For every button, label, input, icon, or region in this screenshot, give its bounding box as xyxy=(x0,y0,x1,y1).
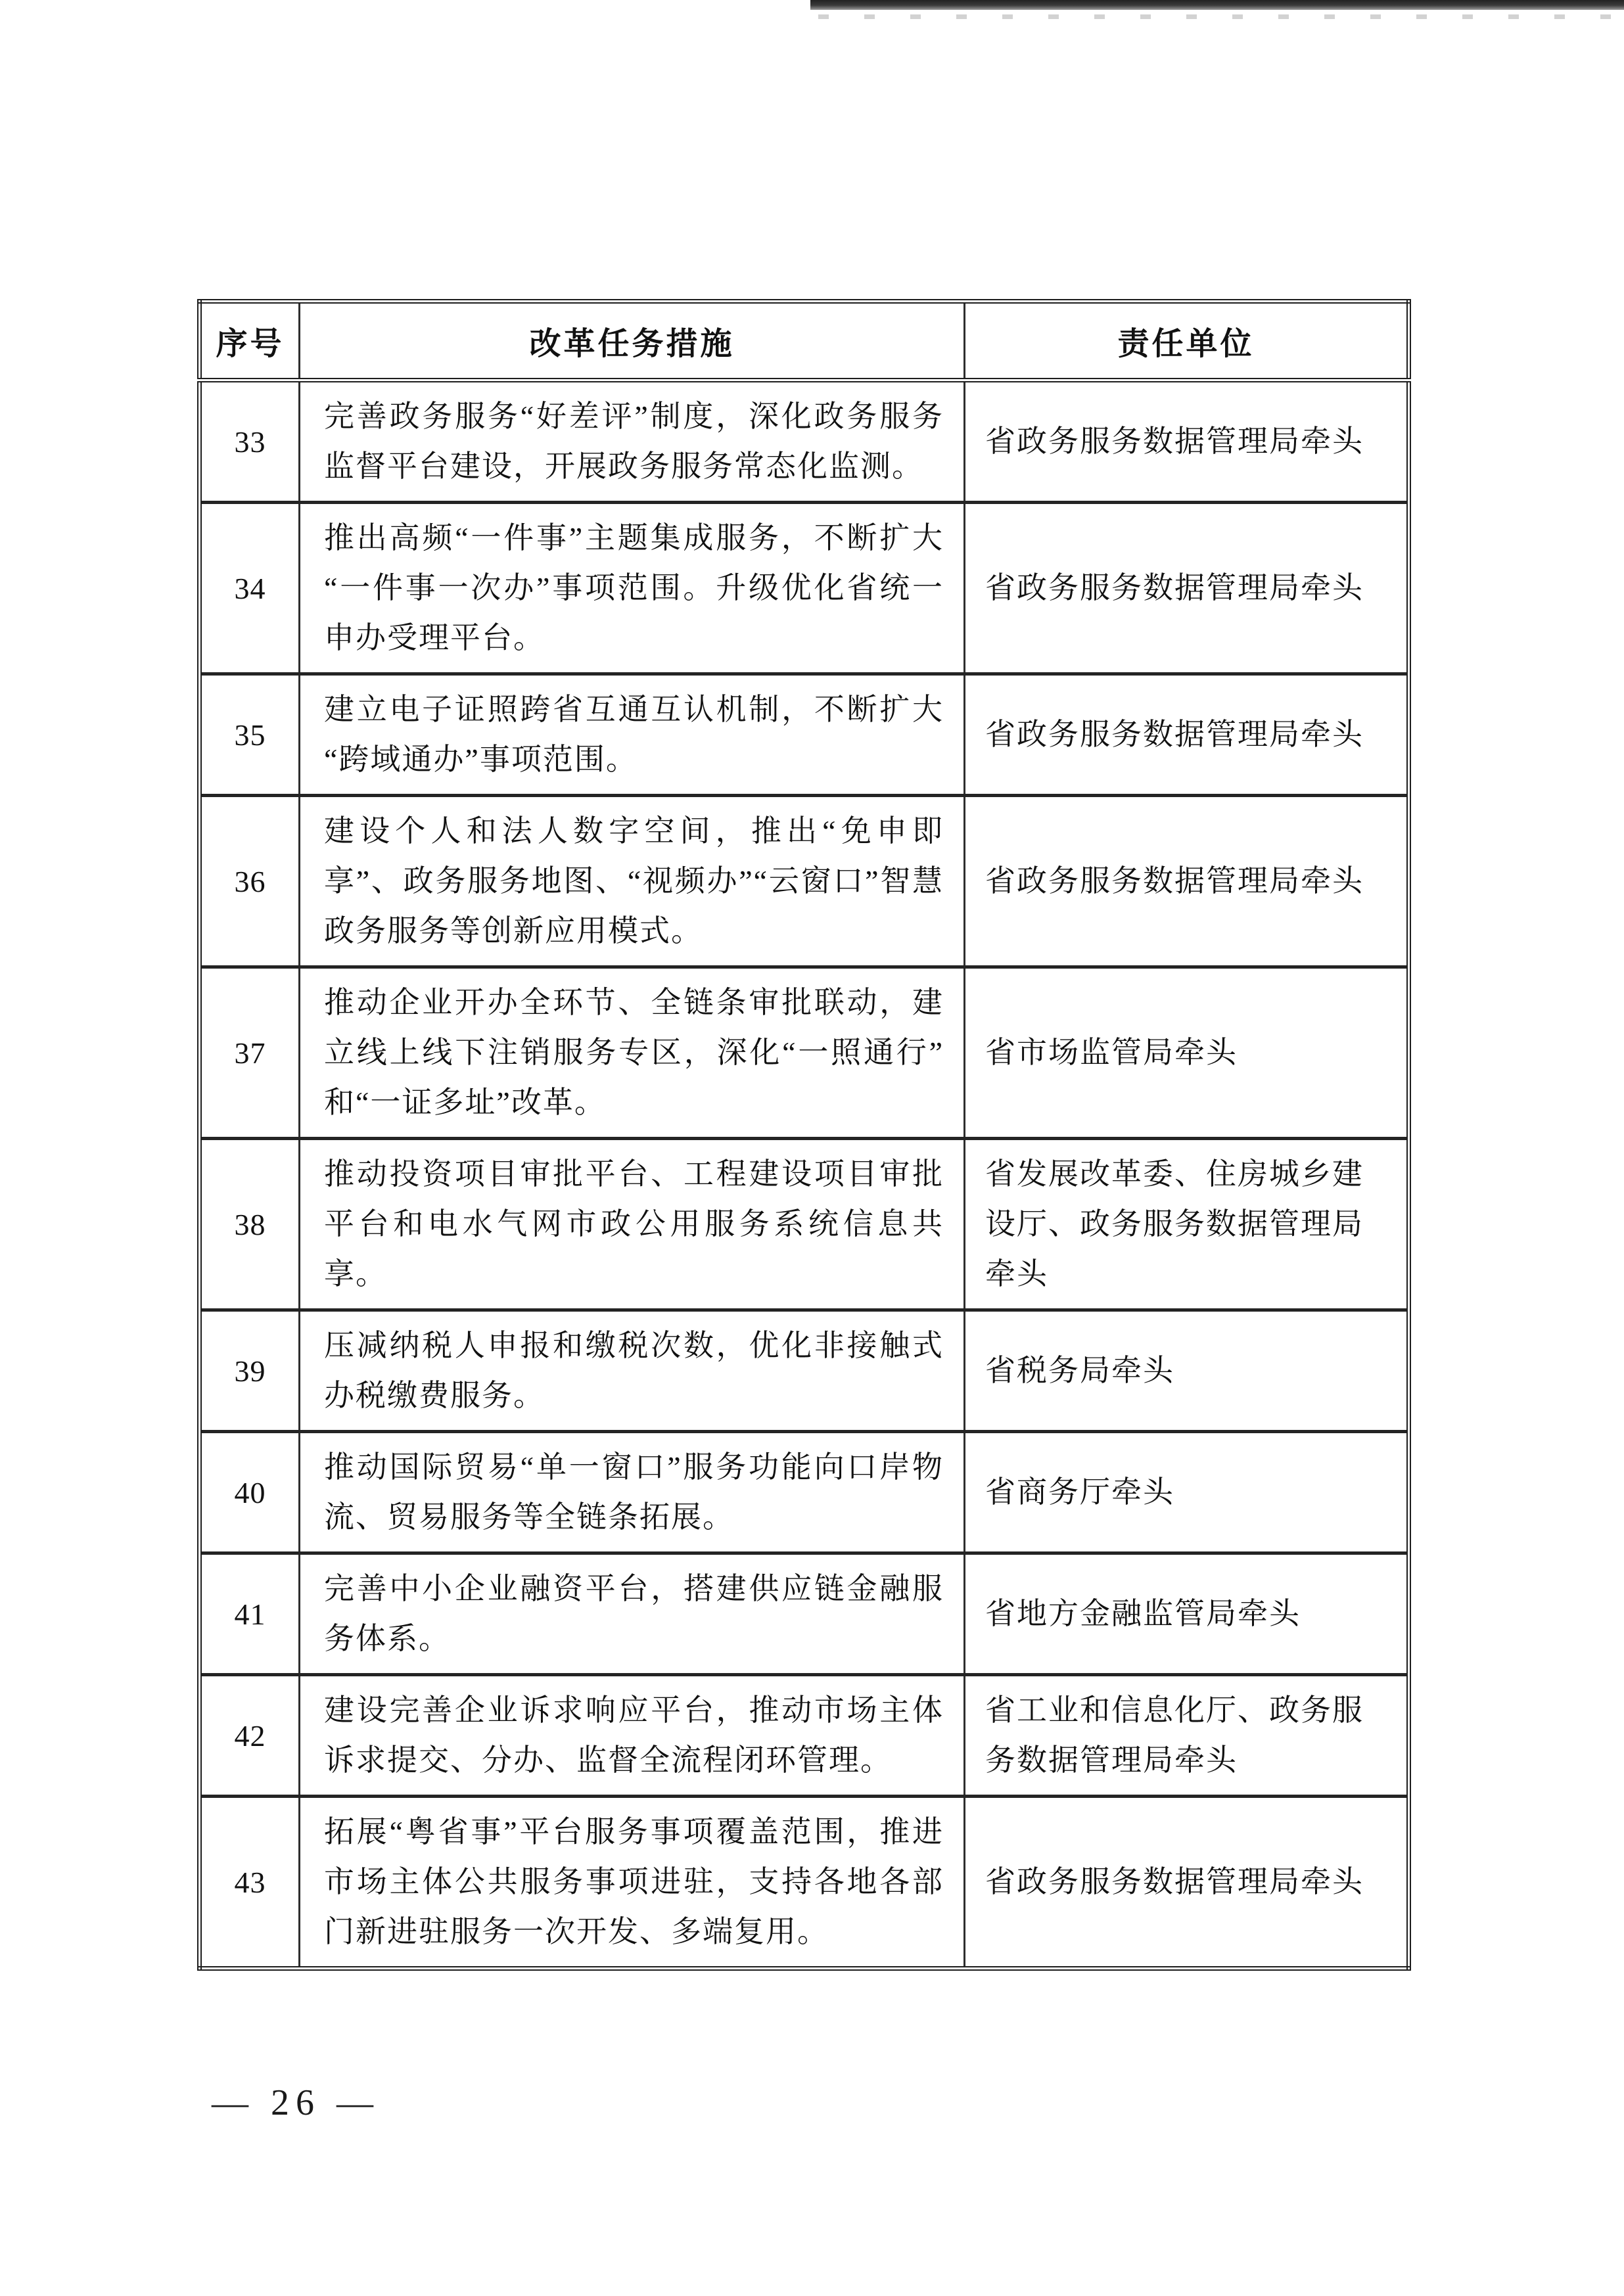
row-measure-cell: 推动投资项目审批平台、工程建设项目审批平台和电水气网市政公用服务系统信息共享。 xyxy=(300,1139,965,1310)
row-index-cell: 39 xyxy=(200,1310,300,1432)
row-unit-cell: 省税务局牵头 xyxy=(965,1310,1409,1432)
row-index-cell: 41 xyxy=(200,1553,300,1675)
table-row: 35 建立电子证照跨省互通互认机制，不断扩大“跨域通办”事项范围。 省政务服务数… xyxy=(200,674,1409,796)
row-measure-cell: 推动企业开办全环节、全链条审批联动，建立线上线下注销服务专区，深化“一照通行”和… xyxy=(300,967,965,1139)
table-row: 36 建设个人和法人数字空间，推出“免申即享”、政务服务地图、“视频办”“云窗口… xyxy=(200,796,1409,967)
table-row: 37 推动企业开办全环节、全链条审批联动，建立线上线下注销服务专区，深化“一照通… xyxy=(200,967,1409,1139)
row-index-cell: 34 xyxy=(200,503,300,674)
row-unit-cell: 省政务服务数据管理局牵头 xyxy=(965,1797,1409,1969)
row-index-cell: 40 xyxy=(200,1432,300,1553)
row-index-cell: 35 xyxy=(200,674,300,796)
row-unit-cell: 省政务服务数据管理局牵头 xyxy=(965,380,1409,503)
row-unit-cell: 省政务服务数据管理局牵头 xyxy=(965,796,1409,967)
table-row: 40 推动国际贸易“单一窗口”服务功能向口岸物流、贸易服务等全链条拓展。 省商务… xyxy=(200,1432,1409,1553)
row-index-cell: 36 xyxy=(200,796,300,967)
row-unit-cell: 省市场监管局牵头 xyxy=(965,967,1409,1139)
document-page: 序号 改革任务措施 责任单位 33 完善政务服务“好差评”制度，深化政务服务监督… xyxy=(0,0,1624,2296)
row-unit-cell: 省地方金融监管局牵头 xyxy=(965,1553,1409,1675)
row-unit-cell: 省发展改革委、住房城乡建设厅、政务服务数据管理局牵头 xyxy=(965,1139,1409,1310)
row-measure-cell: 推动国际贸易“单一窗口”服务功能向口岸物流、贸易服务等全链条拓展。 xyxy=(300,1432,965,1553)
footer-page-number: — 26 — xyxy=(212,2082,380,2124)
scan-artifact-specks xyxy=(818,14,1620,19)
row-index-cell: 37 xyxy=(200,967,300,1139)
row-measure-cell: 推出高频“一件事”主题集成服务，不断扩大“一件事一次办”事项范围。升级优化省统一… xyxy=(300,503,965,674)
table-row: 43 拓展“粤省事”平台服务事项覆盖范围，推进市场主体公共服务事项进驻，支持各地… xyxy=(200,1797,1409,1969)
col-header-index: 序号 xyxy=(200,302,300,380)
col-header-unit: 责任单位 xyxy=(965,302,1409,380)
row-unit-cell: 省政务服务数据管理局牵头 xyxy=(965,674,1409,796)
scan-artifact-band xyxy=(810,0,1624,10)
reform-tasks-table: 序号 改革任务措施 责任单位 33 完善政务服务“好差评”制度，深化政务服务监督… xyxy=(197,299,1411,1971)
table-header-row: 序号 改革任务措施 责任单位 xyxy=(200,302,1409,380)
row-measure-cell: 完善政务服务“好差评”制度，深化政务服务监督平台建设，开展政务服务常态化监测。 xyxy=(300,380,965,503)
row-measure-cell: 建设个人和法人数字空间，推出“免申即享”、政务服务地图、“视频办”“云窗口”智慧… xyxy=(300,796,965,967)
row-unit-cell: 省商务厅牵头 xyxy=(965,1432,1409,1553)
row-index-cell: 38 xyxy=(200,1139,300,1310)
row-measure-cell: 建设完善企业诉求响应平台，推动市场主体诉求提交、分办、监督全流程闭环管理。 xyxy=(300,1675,965,1797)
table-row: 39 压减纳税人申报和缴税次数，优化非接触式办税缴费服务。 省税务局牵头 xyxy=(200,1310,1409,1432)
table-row: 41 完善中小企业融资平台，搭建供应链金融服务体系。 省地方金融监管局牵头 xyxy=(200,1553,1409,1675)
row-index-cell: 42 xyxy=(200,1675,300,1797)
row-unit-cell: 省工业和信息化厅、政务服务数据管理局牵头 xyxy=(965,1675,1409,1797)
table-row: 34 推出高频“一件事”主题集成服务，不断扩大“一件事一次办”事项范围。升级优化… xyxy=(200,503,1409,674)
row-measure-cell: 拓展“粤省事”平台服务事项覆盖范围，推进市场主体公共服务事项进驻，支持各地各部门… xyxy=(300,1797,965,1969)
col-header-measure: 改革任务措施 xyxy=(300,302,965,380)
row-measure-cell: 完善中小企业融资平台，搭建供应链金融服务体系。 xyxy=(300,1553,965,1675)
row-index-cell: 33 xyxy=(200,380,300,503)
table-row: 38 推动投资项目审批平台、工程建设项目审批平台和电水气网市政公用服务系统信息共… xyxy=(200,1139,1409,1310)
table-row: 42 建设完善企业诉求响应平台，推动市场主体诉求提交、分办、监督全流程闭环管理。… xyxy=(200,1675,1409,1797)
row-unit-cell: 省政务服务数据管理局牵头 xyxy=(965,503,1409,674)
row-measure-cell: 建立电子证照跨省互通互认机制，不断扩大“跨域通办”事项范围。 xyxy=(300,674,965,796)
row-index-cell: 43 xyxy=(200,1797,300,1969)
row-measure-cell: 压减纳税人申报和缴税次数，优化非接触式办税缴费服务。 xyxy=(300,1310,965,1432)
table-body: 33 完善政务服务“好差评”制度，深化政务服务监督平台建设，开展政务服务常态化监… xyxy=(200,380,1409,1969)
table-row: 33 完善政务服务“好差评”制度，深化政务服务监督平台建设，开展政务服务常态化监… xyxy=(200,380,1409,503)
